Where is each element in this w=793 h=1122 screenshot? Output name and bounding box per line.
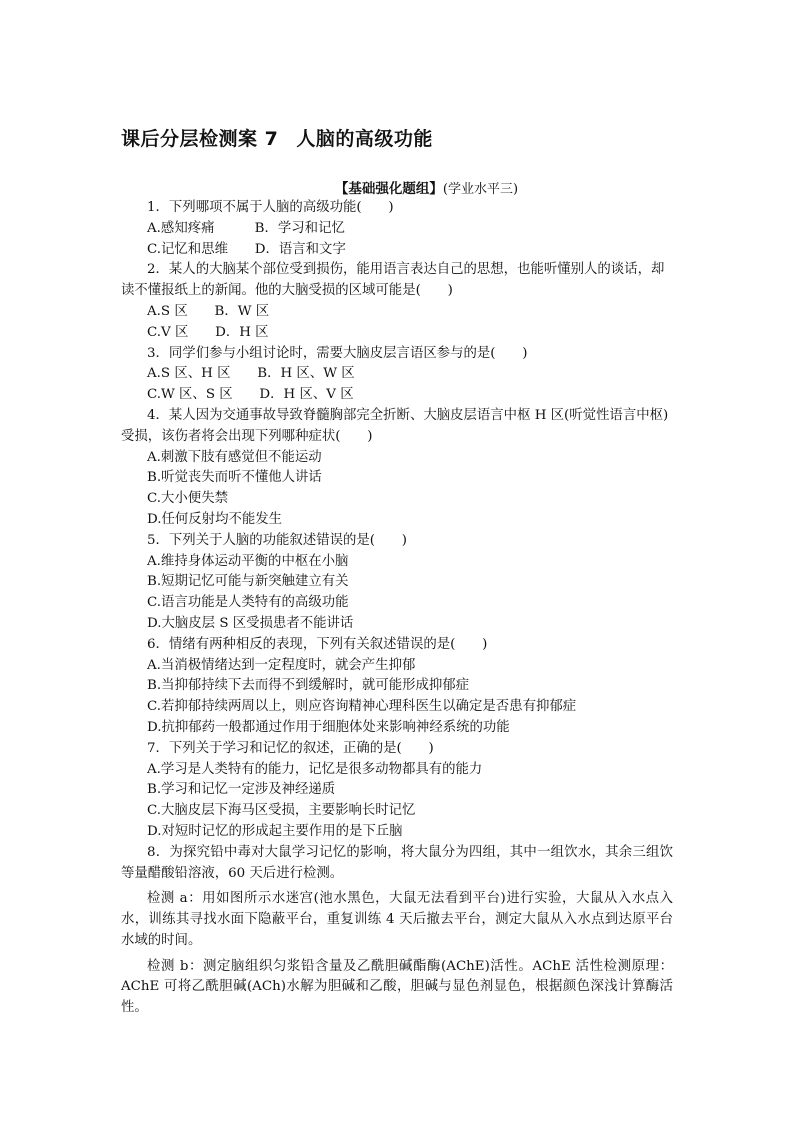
test-b-description: 检测 b：测定脑组织匀浆铅含量及乙酰胆碱酯酶(AChE)活性。AChE 活性检测…: [121, 957, 673, 1019]
question-stem: 4．某人因为交通事故导致脊髓胸部完全折断、大脑皮层语言中枢 H 区(听觉性语言中…: [121, 406, 673, 448]
question-6: 6．情绪有两种相反的表现，下列有关叙述错误的是( ) A.当消极情绪达到一定程度…: [121, 635, 673, 739]
options-row: C.V 区 D．H 区: [121, 323, 673, 344]
option-d: D.大脑皮层 S 区受损患者不能讲话: [121, 614, 673, 635]
option-a: A.学习是人类特有的能力，记忆是很多动物都具有的能力: [121, 760, 673, 781]
option-b: B.短期记忆可能与新突触建立有关: [121, 572, 673, 593]
options-row: A.S 区 B．W 区: [121, 302, 673, 323]
option-c: C.大脑皮层下海马区受损，主要影响长时记忆: [121, 801, 673, 822]
options-row: A.S 区、H 区 B．H 区、W 区: [121, 364, 673, 385]
option-c: C.大小便失禁: [121, 489, 673, 510]
question-stem: 7．下列关于学习和记忆的叙述，正确的是( ): [121, 739, 673, 760]
option-b: B.听觉丧失而听不懂他人讲话: [121, 468, 673, 489]
title-main: 人脑的高级功能: [296, 128, 433, 150]
option-d: D.抗抑郁药一般都通过作用于细胞体处来影响神经系统的功能: [121, 718, 673, 739]
options-row: C.记忆和思维 D．语言和文字: [121, 240, 673, 261]
option-d: D.对短时记忆的形成起主要作用的是下丘脑: [121, 822, 673, 843]
question-stem: 6．情绪有两种相反的表现，下列有关叙述错误的是( ): [121, 635, 673, 656]
question-8: 8．为探究铅中毒对大鼠学习记忆的影响，将大鼠分为四组，其中一组饮水，其余三组饮等…: [121, 843, 673, 1019]
question-3: 3．同学们参与小组讨论时，需要大脑皮层言语区参与的是( ) A.S 区、H 区 …: [121, 344, 673, 406]
section-level: (学业水平三): [443, 182, 518, 197]
question-stem: 5．下列关于人脑的功能叙述错误的是( ): [121, 531, 673, 552]
question-4: 4．某人因为交通事故导致脊髓胸部完全折断、大脑皮层语言中枢 H 区(听觉性语言中…: [121, 406, 673, 531]
question-stem: 3．同学们参与小组讨论时，需要大脑皮层言语区参与的是( ): [121, 344, 673, 365]
question-stem: 8．为探究铅中毒对大鼠学习记忆的影响，将大鼠分为四组，其中一组饮水，其余三组饮等…: [121, 843, 673, 885]
question-stem: 1．下列哪项不属于人脑的高级功能( ): [121, 198, 673, 219]
option-a: A.维持身体运动平衡的中枢在小脑: [121, 552, 673, 573]
page-title: 课后分层检测案 7人脑的高级功能: [121, 124, 433, 151]
question-stem: 2．某人的大脑某个部位受到损伤，能用语言表达自己的思想，也能听懂别人的谈话，却读…: [121, 260, 673, 302]
title-prefix: 课后分层检测案 7: [121, 128, 278, 150]
option-b: B.当抑郁持续下去而得不到缓解时，就可能形成抑郁症: [121, 676, 673, 697]
question-5: 5．下列关于人脑的功能叙述错误的是( ) A.维持身体运动平衡的中枢在小脑 B.…: [121, 531, 673, 635]
question-2: 2．某人的大脑某个部位受到损伤，能用语言表达自己的思想，也能听懂别人的谈话，却读…: [121, 260, 673, 343]
option-c: C.语言功能是人类特有的高级功能: [121, 593, 673, 614]
option-a: A.刺激下肢有感觉但不能运动: [121, 448, 673, 469]
question-7: 7．下列关于学习和记忆的叙述，正确的是( ) A.学习是人类特有的能力，记忆是很…: [121, 739, 673, 843]
section-heading: 【基础强化题组】(学业水平三): [0, 177, 793, 197]
document-page: 课后分层检测案 7人脑的高级功能 【基础强化题组】(学业水平三) 1．下列哪项不…: [0, 0, 793, 1122]
option-c: C.若抑郁持续两周以上，则应咨询精神心理科医生以确定是否患有抑郁症: [121, 697, 673, 718]
section-title: 【基础强化题组】: [335, 181, 443, 197]
option-a: A.当消极情绪达到一定程度时，就会产生抑郁: [121, 656, 673, 677]
option-d: D.任何反射均不能发生: [121, 510, 673, 531]
options-row: A.感知疼痛 B．学习和记忆: [121, 219, 673, 240]
option-b: B.学习和记忆一定涉及神经递质: [121, 780, 673, 801]
question-list: 1．下列哪项不属于人脑的高级功能( ) A.感知疼痛 B．学习和记忆 C.记忆和…: [121, 198, 673, 1019]
options-row: C.W 区、S 区 D．H 区、V 区: [121, 385, 673, 406]
question-1: 1．下列哪项不属于人脑的高级功能( ) A.感知疼痛 B．学习和记忆 C.记忆和…: [121, 198, 673, 260]
test-a-description: 检测 a：用如图所示水迷宫(池水黑色，大鼠无法看到平台)进行实验，大鼠从入水点入…: [121, 889, 673, 951]
